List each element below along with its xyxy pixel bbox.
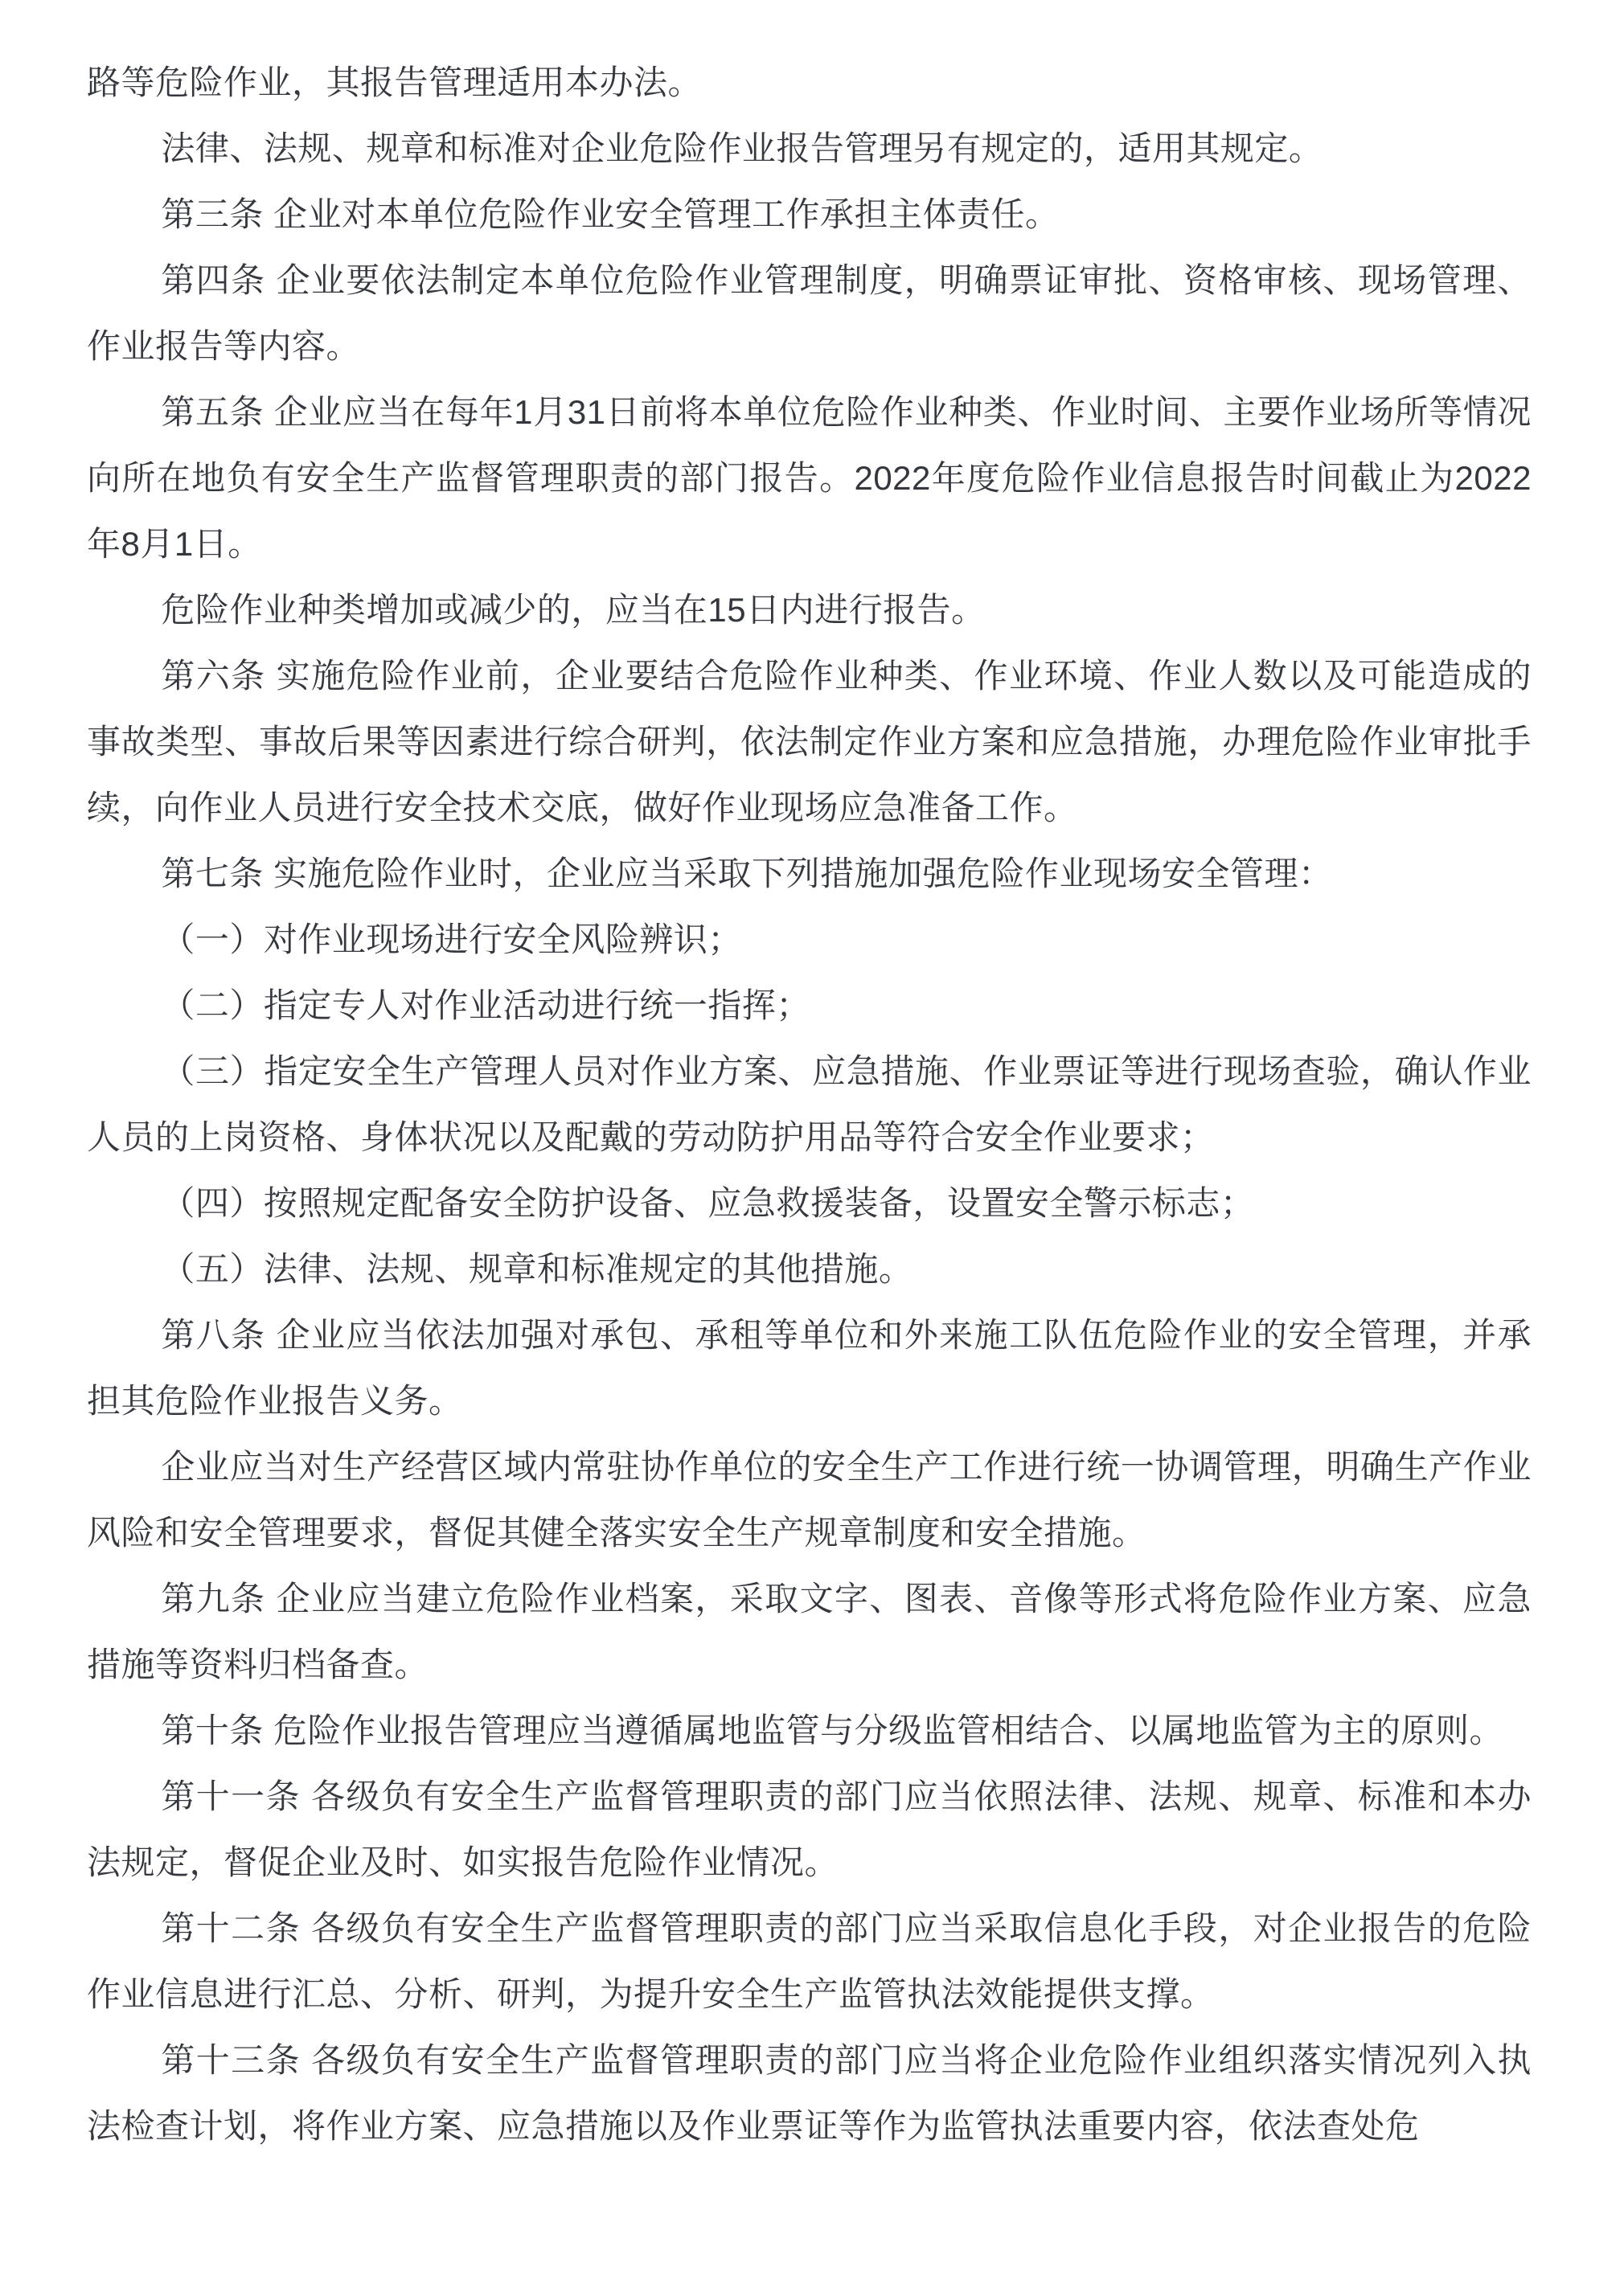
paragraph-article-8-supplement: 企业应当对生产经营区域内常驻协作单位的安全生产工作进行统一协调管理，明确生产作业… (87, 1434, 1532, 1566)
paragraph-article-7-item-4: （四）按照规定配备安全防护设备、应急救援装备，设置安全警示标志； (87, 1171, 1532, 1236)
paragraph-continuation: 路等危险作业，其报告管理适用本办法。 (87, 50, 1532, 116)
paragraph-article-7-item-5: （五）法律、法规、规章和标准规定的其他措施。 (87, 1236, 1532, 1302)
paragraph-article-7-item-1: （一）对作业现场进行安全风险辨识； (87, 907, 1532, 973)
paragraph-article-12: 第十二条 各级负有安全生产监督管理职责的部门应当采取信息化手段，对企业报告的危险… (87, 1896, 1532, 2027)
paragraph-article-7-item-3: （三）指定安全生产管理人员对作业方案、应急措施、作业票证等进行现场查验，确认作业… (87, 1039, 1532, 1171)
paragraph-article-8: 第八条 企业应当依法加强对承包、承租等单位和外来施工队伍危险作业的安全管理，并承… (87, 1302, 1532, 1434)
paragraph-article-6: 第六条 实施危险作业前，企业要结合危险作业种类、作业环境、作业人数以及可能造成的… (87, 643, 1532, 841)
paragraph-article-3: 第三条 企业对本单位危险作业安全管理工作承担主体责任。 (87, 182, 1532, 248)
paragraph-article-10: 第十条 危险作业报告管理应当遵循属地监管与分级监管相结合、以属地监管为主的原则。 (87, 1698, 1532, 1764)
paragraph-article-13: 第十三条 各级负有安全生产监督管理职责的部门应当将企业危险作业组织落实情况列入执… (87, 2027, 1532, 2159)
paragraph-article-9: 第九条 企业应当建立危险作业档案，采取文字、图表、音像等形式将危险作业方案、应急… (87, 1566, 1532, 1698)
paragraph-article-11: 第十一条 各级负有安全生产监督管理职责的部门应当依照法律、法规、规章、标准和本办… (87, 1764, 1532, 1896)
paragraph-article-5-supplement: 危险作业种类增加或减少的，应当在15日内进行报告。 (87, 577, 1532, 643)
paragraph-article-5: 第五条 企业应当在每年1月31日前将本单位危险作业种类、作业时间、主要作业场所等… (87, 379, 1532, 577)
paragraph-other-regulations: 法律、法规、规章和标准对企业危险作业报告管理另有规定的，适用其规定。 (87, 116, 1532, 182)
document-body: 路等危险作业，其报告管理适用本办法。 法律、法规、规章和标准对企业危险作业报告管… (87, 50, 1532, 2159)
paragraph-article-7: 第七条 实施危险作业时，企业应当采取下列措施加强危险作业现场安全管理： (87, 841, 1532, 907)
paragraph-article-7-item-2: （二）指定专人对作业活动进行统一指挥； (87, 973, 1532, 1039)
paragraph-article-4: 第四条 企业要依法制定本单位危险作业管理制度，明确票证审批、资格审核、现场管理、… (87, 248, 1532, 379)
document-page: 路等危险作业，其报告管理适用本办法。 法律、法规、规章和标准对企业危险作业报告管… (0, 0, 1624, 2296)
